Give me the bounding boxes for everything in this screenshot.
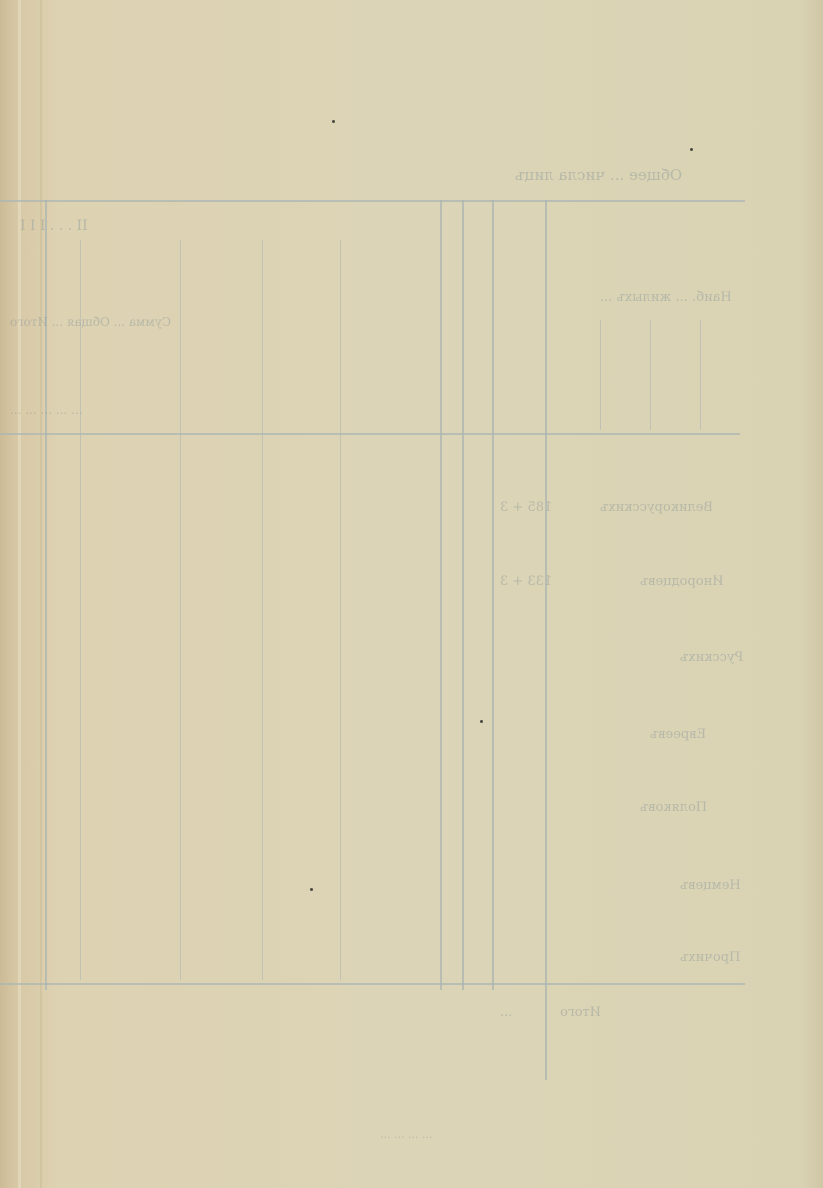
row-label: Прочихъ <box>680 950 740 965</box>
column-header-middle: Сумма ... Общая ... Итого <box>10 315 171 329</box>
column-divider <box>262 240 263 980</box>
total-label: Итого <box>560 1005 601 1020</box>
column-divider <box>545 200 547 1080</box>
total-rule <box>0 983 745 985</box>
page-fold <box>18 0 21 1188</box>
row-label: Евреевъ <box>650 727 706 742</box>
top-rule <box>0 200 745 202</box>
total-value: ... <box>500 1005 512 1020</box>
ink-speck <box>332 120 335 123</box>
column-divider <box>462 200 464 990</box>
ink-speck <box>690 148 693 151</box>
row-value: 185 + 3 <box>500 500 552 515</box>
row-label: Немцевъ <box>680 878 741 893</box>
ink-speck <box>310 888 313 891</box>
page-title: Общее ... числа лицъ <box>515 166 682 184</box>
column-header-right: Наиб. ... жилыхъ ... <box>600 290 732 305</box>
roman-header: I I I . . . II <box>20 218 88 234</box>
column-divider <box>180 240 181 980</box>
row-label: Поляковъ <box>640 800 707 815</box>
ink-speck <box>480 720 483 723</box>
column-divider <box>650 320 651 430</box>
footer-note: ... ... ... ... <box>380 1128 432 1141</box>
row-value: 133 + 3 <box>500 574 552 589</box>
page-fold-shadow <box>40 0 42 1188</box>
header-rule <box>0 433 740 435</box>
row-label: Русскихъ <box>680 650 743 665</box>
row-label: Великорусскихъ <box>600 500 713 515</box>
column-divider <box>700 320 701 430</box>
column-divider <box>340 240 341 980</box>
column-divider <box>492 200 494 990</box>
column-header-bottom: ... ... ... ... ... <box>10 403 82 417</box>
row-label: Инородцевъ <box>640 574 724 589</box>
column-divider <box>440 200 442 990</box>
column-divider <box>600 320 601 430</box>
column-divider <box>80 240 81 980</box>
